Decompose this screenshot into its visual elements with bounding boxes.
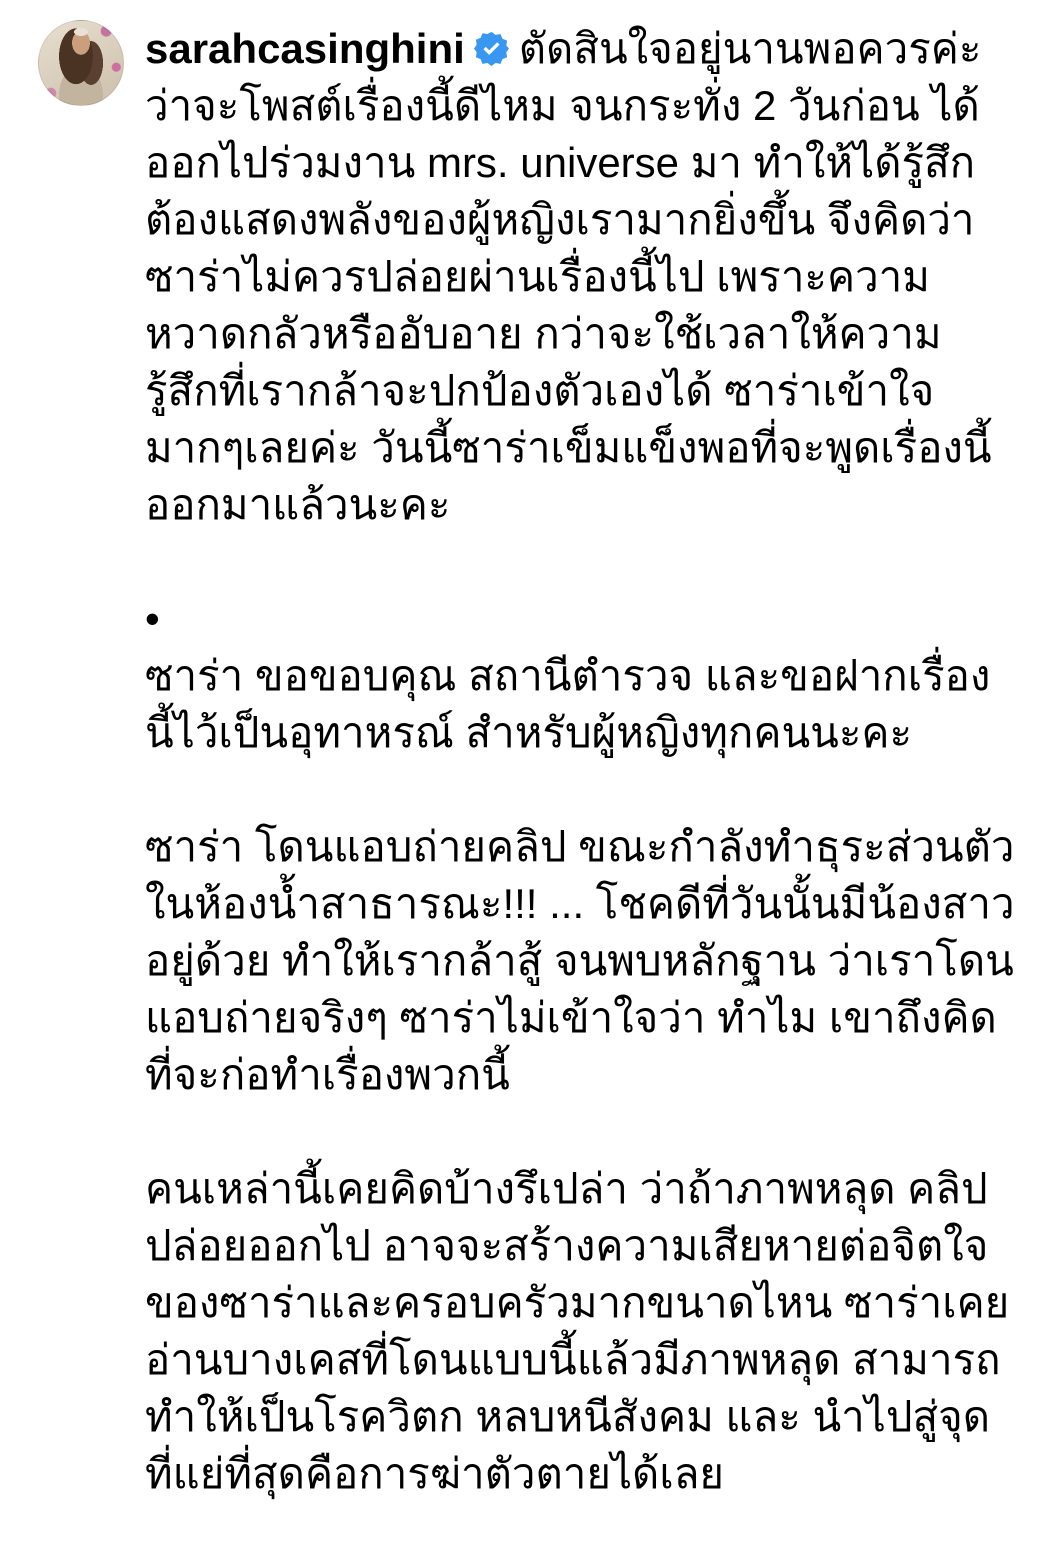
caption-bullet: • bbox=[145, 590, 1015, 647]
verified-badge-icon bbox=[474, 23, 509, 58]
caption-content: sarahcasinghini ตัดสินใจอยู่นานพอควรค่ะ … bbox=[145, 20, 1015, 1554]
caption-paragraph-3: ซาร่า ขอขอบคุณ สถานีตำรวจ และขอฝากเรื่อง… bbox=[145, 647, 1015, 761]
caption-text-1: ตัดสินใจอยู่นานพอควรค่ะ ว่าจะโพสต์เรื่อง… bbox=[145, 25, 992, 528]
caption: sarahcasinghini ตัดสินใจอยู่นานพอควรค่ะ … bbox=[145, 20, 1015, 1502]
caption-paragraph-5: คนเหล่านี้เคยคิดบ้างรึเปล่า ว่าถ้าภาพหลุ… bbox=[145, 1160, 1015, 1502]
avatar[interactable] bbox=[38, 20, 124, 106]
username-link[interactable]: sarahcasinghini bbox=[145, 25, 465, 72]
instagram-caption-view: sarahcasinghini ตัดสินใจอยู่นานพอควรค่ะ … bbox=[0, 0, 1054, 1554]
caption-paragraph-1: sarahcasinghini ตัดสินใจอยู่นานพอควรค่ะ … bbox=[145, 20, 1015, 533]
caption-paragraph-4: ซาร่า โดนแอบถ่ายคลิป ขณะกำลังทำธุระส่วนต… bbox=[145, 818, 1015, 1103]
